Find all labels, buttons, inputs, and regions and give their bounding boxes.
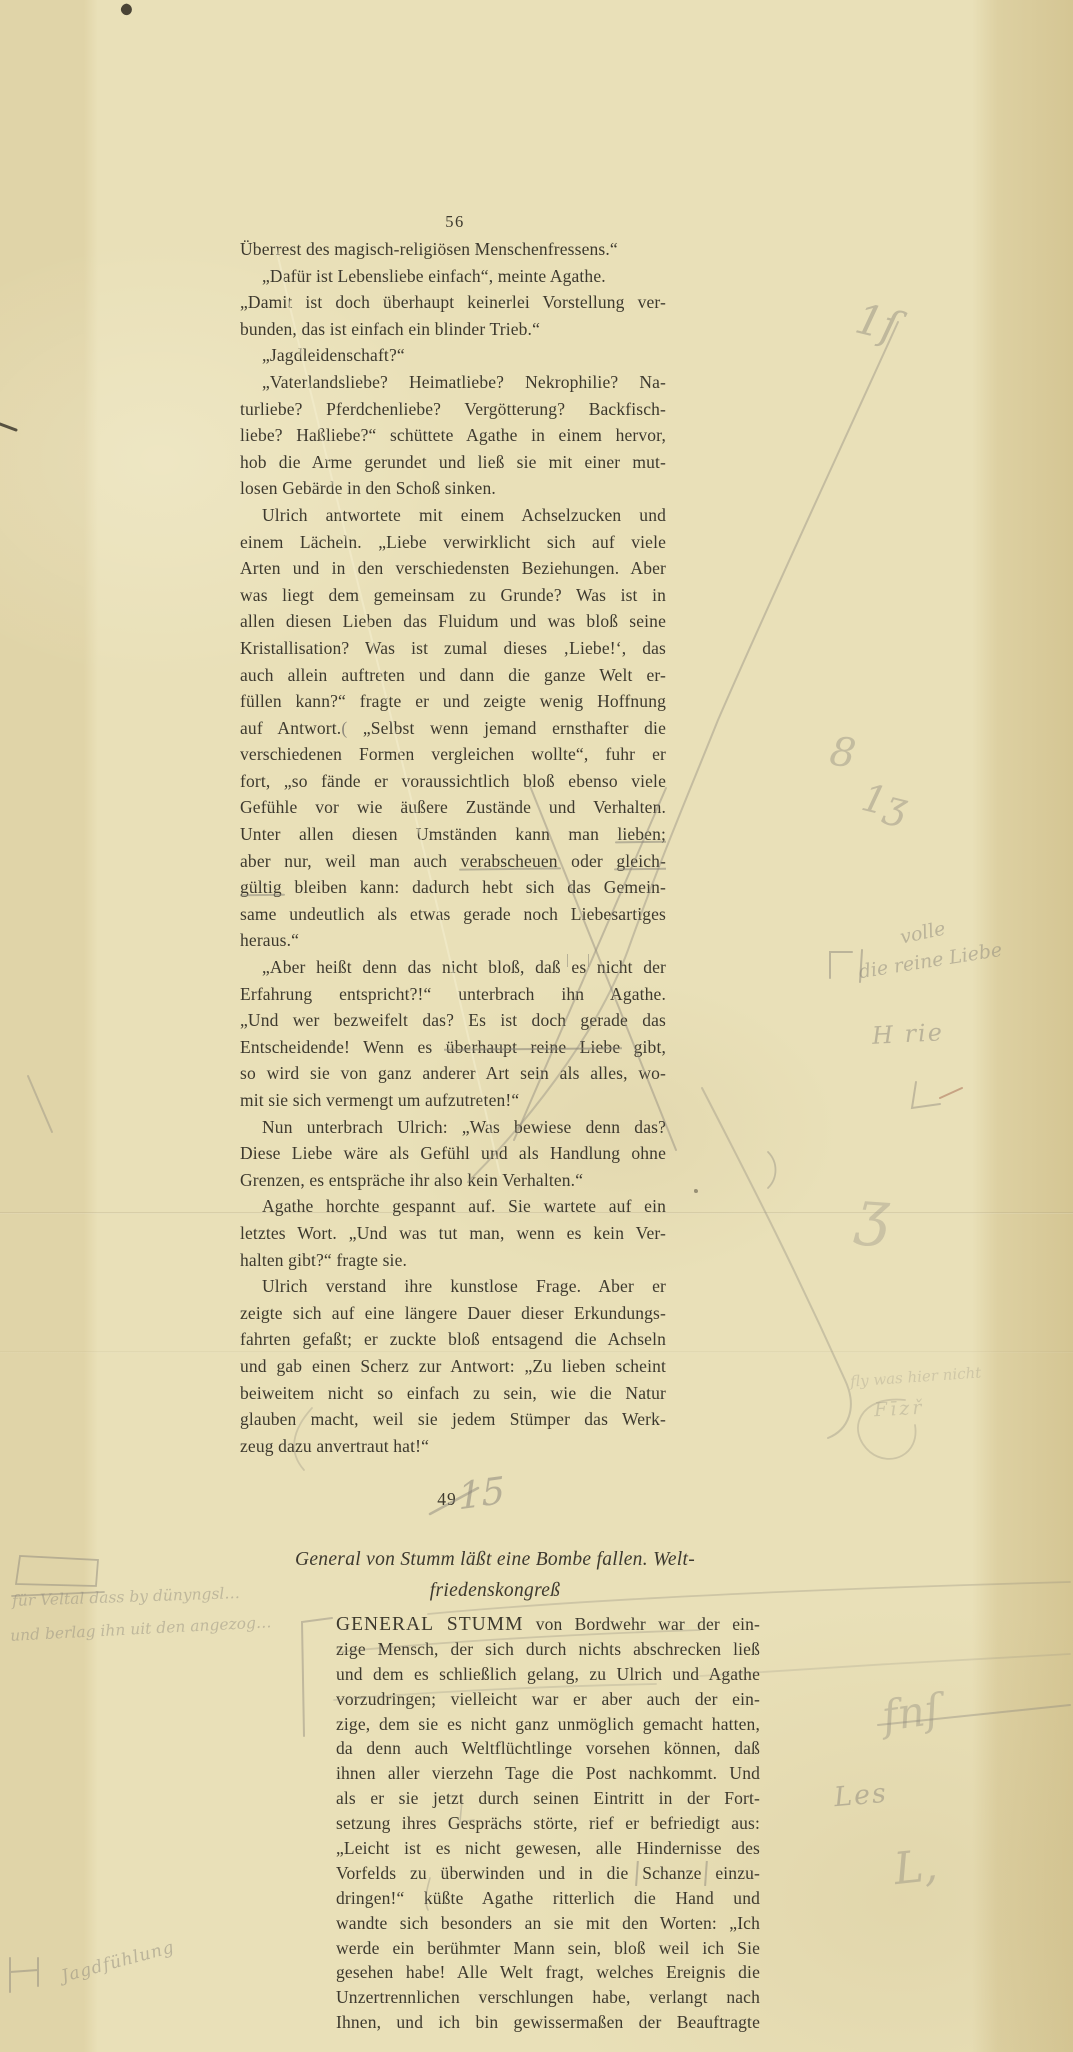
text-line: Ulrich verstand ihre kunstlose Frage. Ab… (240, 1273, 666, 1300)
chapter-title-line1: General von Stumm läßt eine Bombe fallen… (270, 1544, 720, 1575)
text-line: einem Lächeln. „Liebe verwirklicht sich … (240, 529, 666, 556)
text-line: fahrten gefaßt; er zuckte bloß entsagend… (240, 1326, 666, 1353)
text-line: was liegt dem gemeinsam zu Grunde? Was i… (240, 582, 666, 609)
text-line: zige, dem sie es nicht ganz unmöglich ge… (336, 1712, 760, 1737)
text-line: gültig bleiben kann: dadurch hebt sich d… (240, 874, 666, 901)
paper-speck (694, 1189, 698, 1193)
text-line: „Und wer bezweifelt das? Es ist doch ger… (240, 1007, 666, 1034)
text-line: Ihnen, und ich bin gewissermaßen der Bea… (336, 2010, 760, 2035)
scanned-page: 56 Überrest des magisch-religiösen Mensc… (0, 0, 1073, 2052)
text-line: verschiedenen Formen vergleichen wollte“… (240, 741, 666, 768)
left-margin-backslash (28, 1076, 52, 1132)
text-line: werde ein berühmter Mann sein, bloß weil… (336, 1936, 760, 1961)
text-line: zeigte sich auf eine längere Dauer diese… (240, 1300, 666, 1327)
marked-text: Schanze (642, 1863, 701, 1883)
marked-text: es (571, 957, 586, 977)
marked-text: gültig (240, 877, 282, 897)
left-margin-h-bracket (10, 1958, 38, 1992)
text-line: „Damit ist doch überhaupt keinerlei Vors… (240, 289, 666, 316)
text-line: „Aber heißt denn das nicht bloß, daß es … (240, 954, 666, 981)
left-margin-scribble-1: für Veltal dass by dünyngsl… (12, 1584, 240, 1610)
margin-note-les: Les (833, 1778, 889, 1814)
margin-note-l-comma: L, (891, 1840, 939, 1895)
text-line: heraus.“ (240, 927, 666, 954)
left-edge-ink-tick (0, 424, 16, 430)
marked-text: GENERAL STUMM (336, 1614, 523, 1635)
text-line: Nun unterbrach Ulrich: „Was bewiese denn… (240, 1114, 666, 1141)
text-line: beiweitem nicht so einfach zu sein, wie … (240, 1380, 666, 1407)
pencil-l-arrow (912, 1082, 940, 1108)
left-margin-scribble-jagd: Jagdfühlung (59, 1937, 176, 1986)
pencil-paragraph-bracket-general (302, 1618, 332, 1736)
margin-note-hrie: H rie (871, 1018, 944, 1050)
text-line: dringen!“ küßte Agathe ritterlich die Ha… (336, 1886, 760, 1911)
text-line: „Dafür ist Lebensliebe einfach“, meinte … (240, 263, 666, 290)
text-line: Diese Liebe wäre als Gefühl und als Hand… (240, 1140, 666, 1167)
text-line: liebe? Haßliebe?“ schüttete Agathe in ei… (240, 422, 666, 449)
chapter-text-block: GENERAL STUMM von Bordwehr war der ein-z… (336, 1612, 760, 2035)
text-line: allen diesen Lieben das Fluidum und was … (240, 608, 666, 635)
text-line: mit sie sich vermengt um aufzutreten!“ (240, 1087, 666, 1114)
text-line: Vorfelds zu überwinden und in die Schanz… (336, 1861, 760, 1886)
text-line: GENERAL STUMM von Bordwehr war der ein- (336, 1612, 760, 1637)
chapter-title: General von Stumm läßt eine Bombe fallen… (270, 1544, 720, 1606)
text-line: setzung ihres Gesprächs störte, rief er … (336, 1811, 760, 1836)
marked-text: verabscheuen (461, 851, 558, 871)
chapter-number-printed: 49 (232, 1489, 662, 1510)
margin-tally-mark-mid: 1ʒ (857, 775, 912, 829)
text-line: fort, „so fände er voraussichtlich bloß … (240, 768, 666, 795)
text-line: „Leicht ist es nicht gewesen, alle Hinde… (336, 1836, 760, 1861)
marked-text: lieben; (617, 824, 666, 844)
margin-note-fns: fnſ (879, 1684, 943, 1741)
margin-figure-eight-mark: 8 (827, 728, 859, 777)
margin-faint-note: fly was hier nicht (850, 1363, 982, 1390)
text-line: zige Mensch, der sich durch nichts absch… (336, 1637, 760, 1662)
text-line: Arten und in den verschiedensten Beziehu… (240, 555, 666, 582)
text-line: gesehen habe! Alle Welt fragt, welches E… (336, 1960, 760, 1985)
pencil-lower-diagonal-stroke (702, 1088, 851, 1438)
pencil-paren-after-verhalten (768, 1152, 776, 1188)
text-line: same undeutlich als etwas gerade noch Li… (240, 901, 666, 928)
text-line: glauben macht, weil sie jedem Stümper da… (240, 1406, 666, 1433)
text-line: Unzertrennlichen verschlungen habe, verl… (336, 1985, 760, 2010)
main-text-block: Überrest des magisch-religiösen Menschen… (240, 236, 666, 1459)
margin-tally-mark-top: 1ſ (851, 294, 904, 352)
text-line: vorzudringen; vielleicht war er aber auc… (336, 1687, 760, 1712)
text-line: „Vaterlandsliebe? Heimatliebe? Nekrophil… (240, 369, 666, 396)
handwritten-chapter-number: 15 (457, 1469, 505, 1519)
text-line: Agathe horchte gespannt auf. Sie wartete… (240, 1193, 666, 1220)
margin-note-reine-liebe: die reine Liebe (857, 939, 1003, 983)
text-line: Gefühle vor wie äußere Zustände und Verh… (240, 794, 666, 821)
text-line: so wird sie von ganz anderer Art sein al… (240, 1060, 666, 1087)
text-line: Überrest des magisch-religiösen Menschen… (240, 236, 666, 263)
text-line: Unter allen diesen Umständen kann man li… (240, 821, 666, 848)
text-line: Kristallisation? Was ist zumal dieses ‚L… (240, 635, 666, 662)
text-line: halten gibt?“ fragte sie. (240, 1247, 666, 1274)
text-line: als er sie jetzt durch seinen Eintritt i… (336, 1786, 760, 1811)
text-line: auch allein auftreten und dann die ganze… (240, 662, 666, 689)
text-line: Ulrich antwortete mit einem Achselzucken… (240, 502, 666, 529)
text-line: hob die Arme gerundet und ließ sie mit e… (240, 449, 666, 476)
paper-speck (119, 2, 134, 17)
text-line: auf Antwort.( „Selbst wenn jemand ernsth… (240, 715, 666, 742)
text-line: Grenzen, es entspräche ihr also kein Ver… (240, 1167, 666, 1194)
text-line: losen Gebärde in den Schoß sinken. (240, 475, 666, 502)
marked-text: ( (341, 718, 347, 738)
text-line: Erfahrung entspricht?!“ unterbrach ihn A… (240, 981, 666, 1008)
margin-faint-word: Fīzř (873, 1397, 924, 1422)
text-line: und gab einen Scherz zur Antwort: „Zu li… (240, 1353, 666, 1380)
marked-text: gleich- (616, 851, 666, 871)
text-line: „Jagdleidenschaft?“ (240, 342, 666, 369)
page-number: 56 (240, 212, 670, 232)
margin-note-volle: volle (898, 918, 947, 949)
text-line: füllen kann?“ fragte er und zeigte wenig… (240, 688, 666, 715)
marked-text: überhaupt reine Liebe (446, 1037, 620, 1057)
text-line: bunden, das ist einfach ein blinder Trie… (240, 316, 666, 343)
text-line: letztes Wort. „Und was tut man, wenn es … (240, 1220, 666, 1247)
chapter-title-line2: friedenskongreß (270, 1575, 720, 1606)
text-line: zeug dazu anvertraut hat!“ (240, 1433, 666, 1460)
margin-flourish: ʒ (854, 1177, 893, 1249)
left-margin-scribble-2: und berlag ihn uit den angezog… (10, 1613, 272, 1645)
text-line: ihnen aller vierzehn Tage die Post nachk… (336, 1761, 760, 1786)
text-line: wandte sich besonders an sie mit den Wor… (336, 1911, 760, 1936)
text-line: aber nur, weil man auch verabscheuen ode… (240, 848, 666, 875)
text-line: und dem es schließlich gelang, zu Ulrich… (336, 1662, 760, 1687)
red-pencil-tick (940, 1088, 962, 1098)
text-line: Entscheidende! Wenn es überhaupt reine L… (240, 1034, 666, 1061)
text-line: turliebe? Pferdchenliebe? Vergötterung? … (240, 396, 666, 423)
text-line: da denn auch Weltflüchtlinge vorsehen kö… (336, 1736, 760, 1761)
